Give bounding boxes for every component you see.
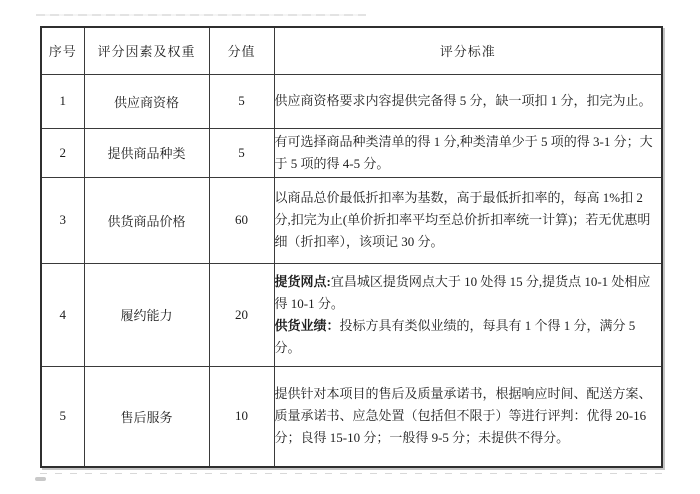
criteria-text-pickup: 宜昌城区提货网点大于 10 处得 15 分,提货点 10-1 处相应得 10-1… <box>275 274 651 311</box>
scan-artifact-smudge <box>35 477 46 481</box>
cell-serial: 2 <box>41 128 84 177</box>
cell-score: 5 <box>209 128 274 177</box>
criteria-label-performance: 供货业绩： <box>275 318 340 333</box>
cell-serial: 1 <box>41 74 84 128</box>
cell-score: 5 <box>209 74 274 128</box>
cell-factor: 供货商品价格 <box>84 177 209 263</box>
table-row-3: 3 供货商品价格 60 以商品总价最低折扣率为基数，高于最低折扣率的，每高 1%… <box>41 177 662 263</box>
table-row-2: 2 提供商品种类 5 有可选择商品种类清单的得 1 分,种类清单少于 5 项的得… <box>41 128 662 177</box>
cell-criteria: 供应商资格要求内容提供完备得 5 分，缺一项扣 1 分，扣完为止。 <box>274 74 662 128</box>
document-page: 序号 评分因素及权重 分值 评分标准 1 供应商资格 5 供应商资格要求内容提供… <box>0 0 700 494</box>
header-serial: 序号 <box>41 27 84 74</box>
scan-artifact-top <box>36 14 366 16</box>
evaluation-criteria-table: 序号 评分因素及权重 分值 评分标准 1 供应商资格 5 供应商资格要求内容提供… <box>40 26 663 468</box>
cell-score: 60 <box>209 177 274 263</box>
header-criteria: 评分标准 <box>274 27 662 74</box>
table-row-5: 5 售后服务 10 提供针对本项目的售后及质量承诺书，根据响应时间、配送方案、质… <box>41 366 662 467</box>
cell-factor: 售后服务 <box>84 366 209 467</box>
cell-serial: 4 <box>41 263 84 366</box>
table-row-1: 1 供应商资格 5 供应商资格要求内容提供完备得 5 分，缺一项扣 1 分，扣完… <box>41 74 662 128</box>
cell-criteria: 提货网点:宜昌城区提货网点大于 10 处得 15 分,提货点 10-1 处相应得… <box>274 263 662 366</box>
criteria-part-performance: 供货业绩：投标方具有类似业绩的，每具有 1 个得 1 分，满分 5 分。 <box>275 315 662 359</box>
table-row-4: 4 履约能力 20 提货网点:宜昌城区提货网点大于 10 处得 15 分,提货点… <box>41 263 662 366</box>
cell-serial: 3 <box>41 177 84 263</box>
cell-criteria: 以商品总价最低折扣率为基数，高于最低折扣率的，每高 1%扣 2 分,扣完为止(单… <box>274 177 662 263</box>
table-header-row: 序号 评分因素及权重 分值 评分标准 <box>41 27 662 74</box>
cell-score: 10 <box>209 366 274 467</box>
criteria-label-pickup: 提货网点: <box>275 274 331 289</box>
cell-serial: 5 <box>41 366 84 467</box>
cell-factor: 履约能力 <box>84 263 209 366</box>
criteria-part-pickup: 提货网点:宜昌城区提货网点大于 10 处得 15 分,提货点 10-1 处相应得… <box>275 271 662 315</box>
cell-factor: 提供商品种类 <box>84 128 209 177</box>
header-factor-weight: 评分因素及权重 <box>84 27 209 74</box>
scan-artifact-bottom <box>40 473 663 474</box>
cell-criteria: 提供针对本项目的售后及质量承诺书，根据响应时间、配送方案、质量承诺书、应急处置（… <box>274 366 662 467</box>
header-score-value: 分值 <box>209 27 274 74</box>
cell-score: 20 <box>209 263 274 366</box>
cell-criteria: 有可选择商品种类清单的得 1 分,种类清单少于 5 项的得 3-1 分；大于 5… <box>274 128 662 177</box>
cell-factor: 供应商资格 <box>84 74 209 128</box>
